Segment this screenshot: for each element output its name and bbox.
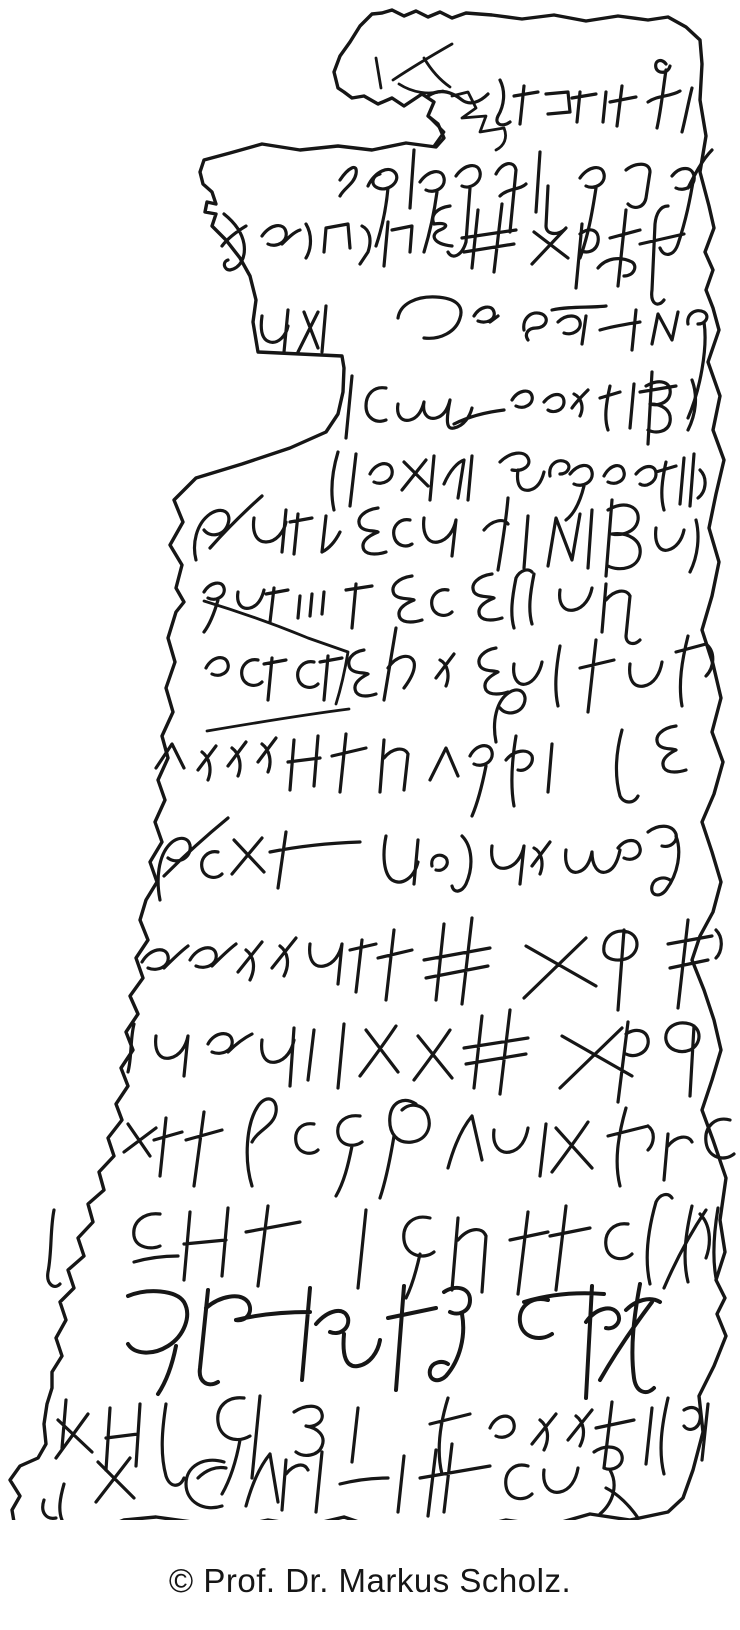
copyright-caption: © Prof. Dr. Markus Scholz. [0,1562,740,1600]
tablet-fragment-illustration [0,0,740,1520]
tablet-drawing [0,0,740,1520]
page: © Prof. Dr. Markus Scholz. [0,0,740,1630]
